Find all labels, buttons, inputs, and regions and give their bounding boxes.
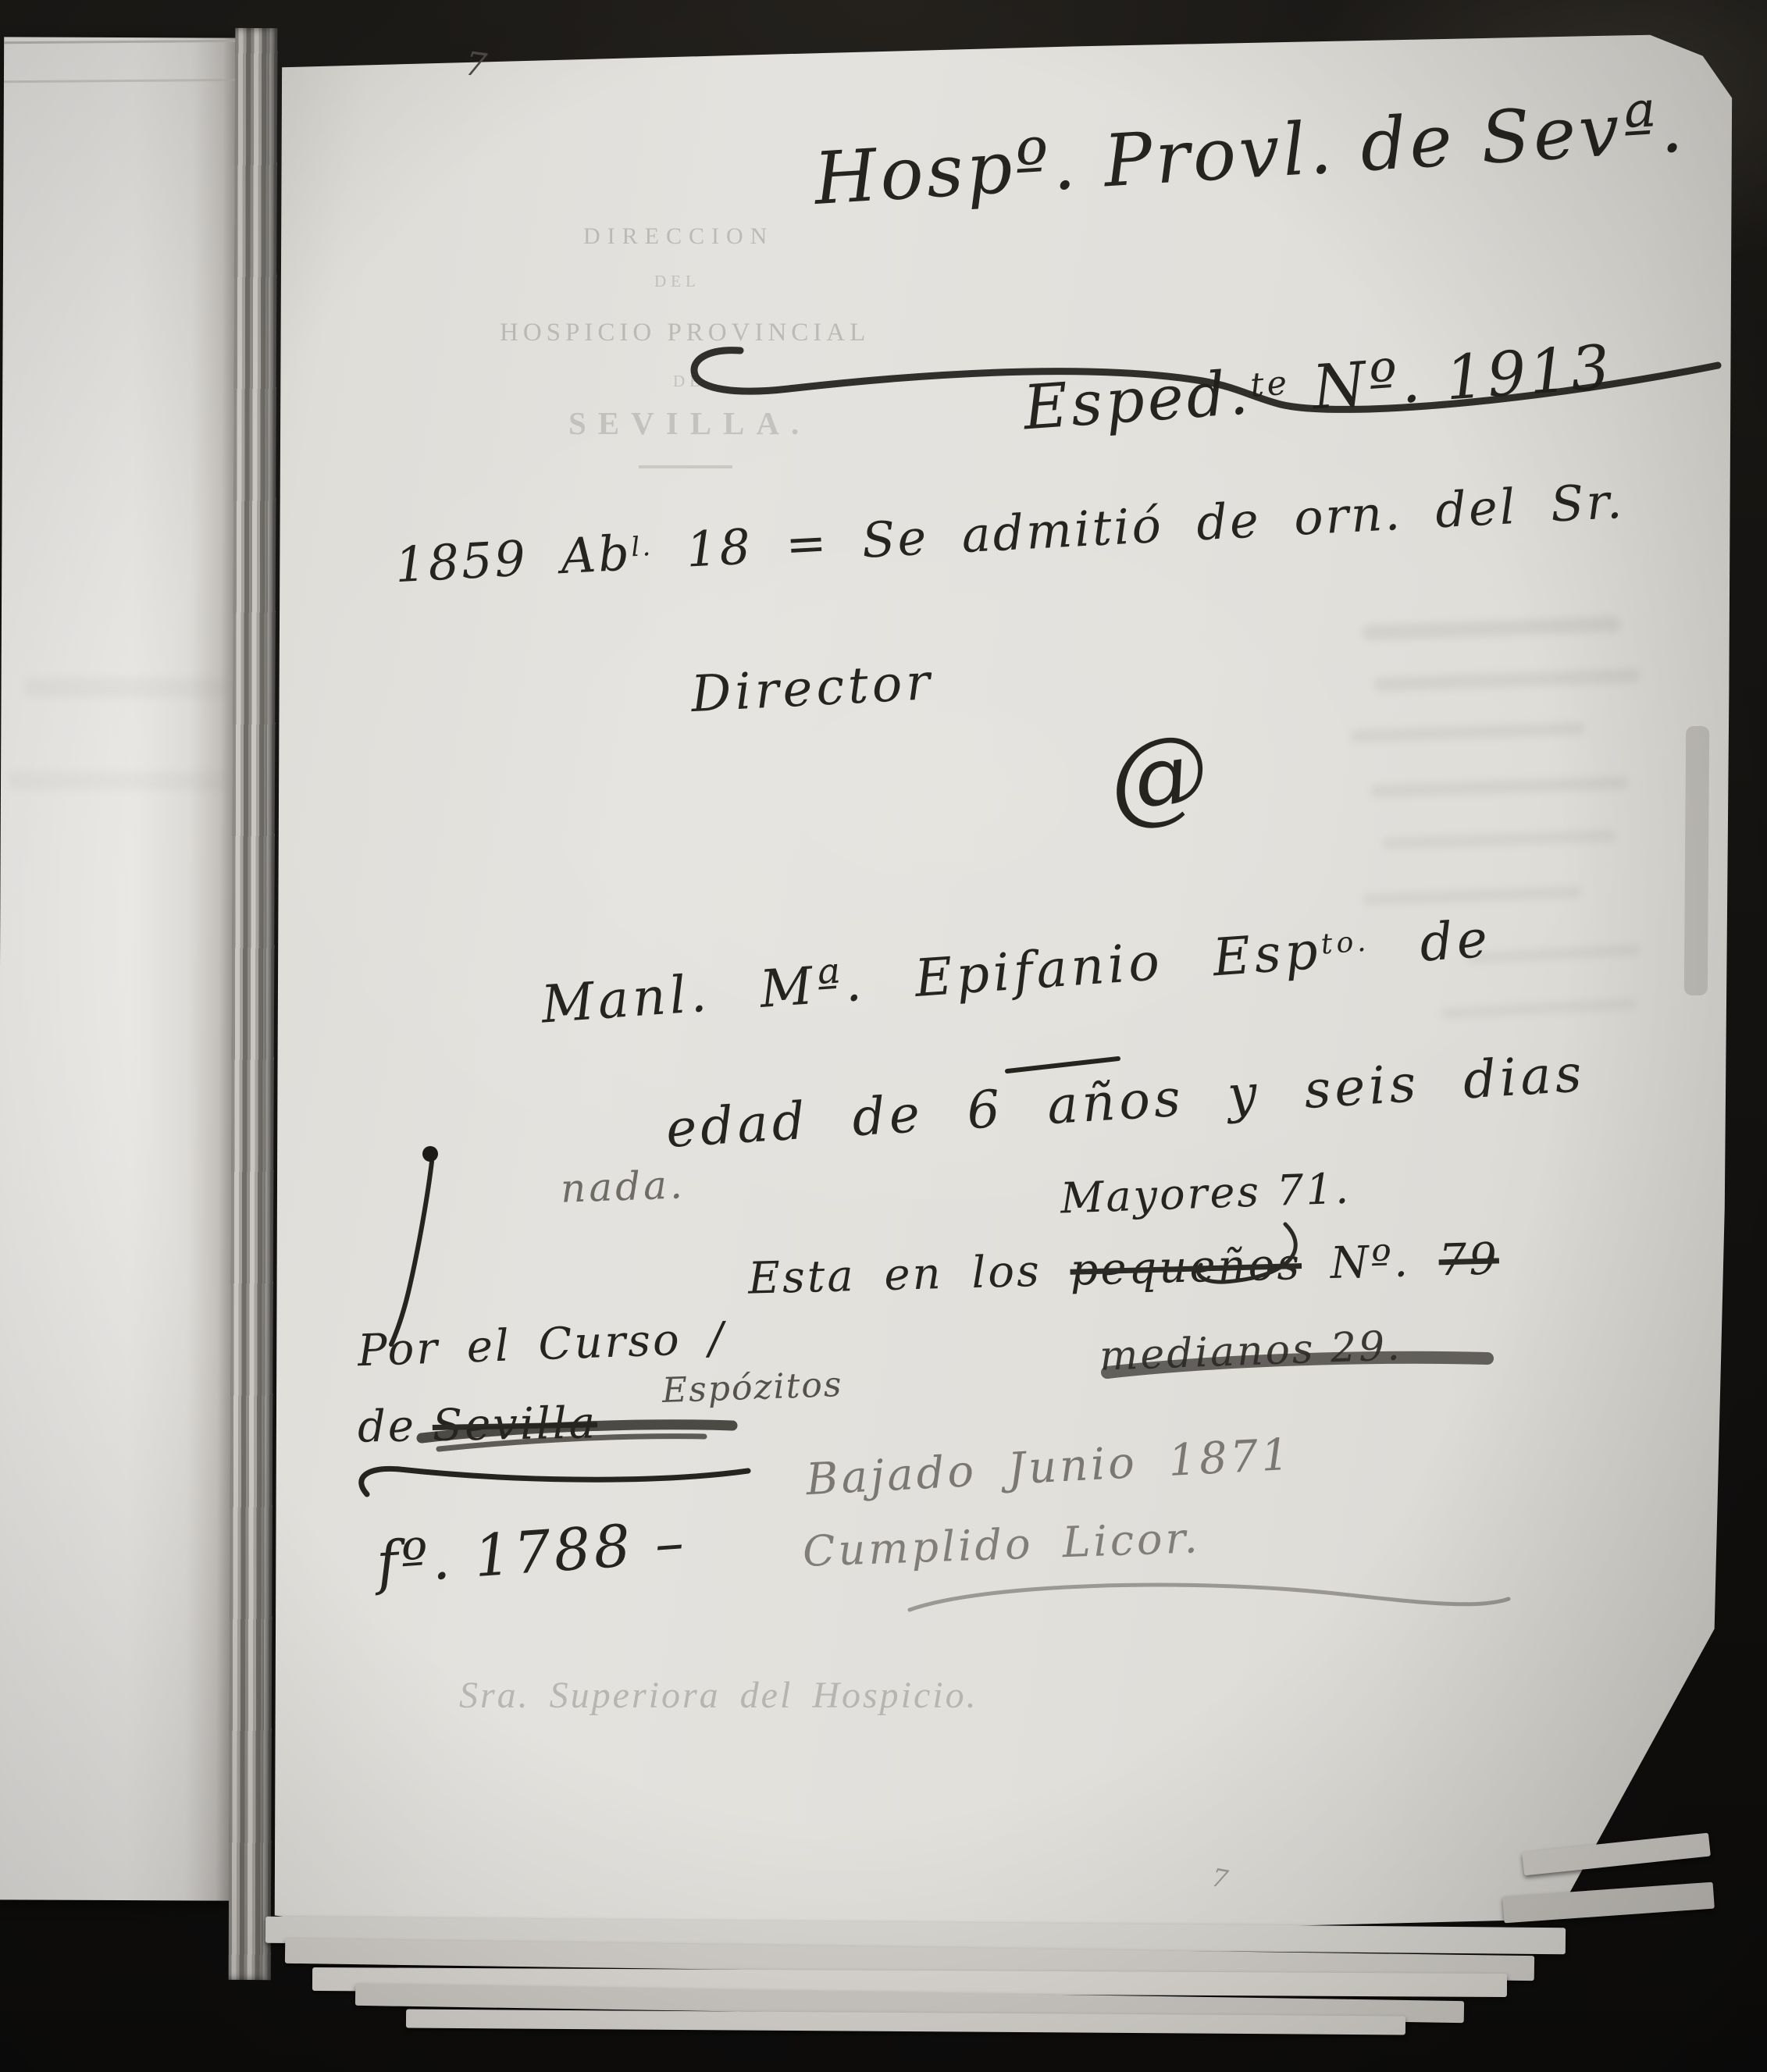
- de-prefix: de: [357, 1401, 433, 1453]
- letterhead-rule: [639, 465, 732, 468]
- sheet-edge-line: [4, 40, 240, 44]
- book-gutter: [229, 28, 278, 1980]
- bleed-through-smudge: [25, 677, 228, 698]
- bleed-through-smudge: [9, 771, 227, 790]
- archive-scan: DIRECCION DEL HOSPICIO PROVINCIAL DE SEV…: [0, 0, 1767, 2072]
- annotation-espozitos: Espózitos: [661, 1368, 843, 1408]
- letterhead-direccion: DIRECCION: [583, 225, 774, 248]
- annotation-medianos-struck: medianos 29.: [1099, 1326, 1402, 1376]
- admission-line2-director: Director: [690, 657, 935, 720]
- annotation-por-el-curso: Por el Curso /: [357, 1317, 726, 1373]
- sevilla-struck: Sevilla: [432, 1397, 597, 1451]
- letterhead-hospicio-provincial: HOSPICIO PROVINCIAL: [500, 320, 870, 346]
- letterhead-sevilla: SEVILLA.: [568, 408, 810, 440]
- letterhead-del: DEL: [654, 273, 700, 290]
- left-page: [0, 37, 240, 1900]
- subject-superscript: to.: [1320, 924, 1370, 960]
- annotation-de-sevilla: de Sevilla: [358, 1401, 598, 1449]
- esta-prefix: Esta en los: [747, 1245, 1071, 1305]
- annotation-mayores: Mayores 71.: [1060, 1168, 1352, 1220]
- annotation-nada: nada.: [560, 1165, 686, 1209]
- sheet-edge-line: [4, 79, 240, 83]
- esta-num-label: Nº.: [1301, 1235, 1439, 1290]
- esta-struck-79: 79: [1438, 1234, 1500, 1286]
- letterhead-de: DE: [673, 373, 704, 390]
- admission-superscript: l.: [630, 531, 654, 563]
- at-symbol-flourish: @: [1103, 720, 1216, 833]
- pencil-mark-top: 7: [463, 47, 488, 82]
- subject-de: de: [1368, 909, 1493, 977]
- esta-struck-pequenos: pequeños: [1070, 1239, 1302, 1296]
- expediente-superscript: te: [1249, 363, 1291, 404]
- printed-footer-superiora: Sra. Superiora del Hospicio.: [459, 1677, 978, 1714]
- page-edge-tape: [1684, 726, 1709, 995]
